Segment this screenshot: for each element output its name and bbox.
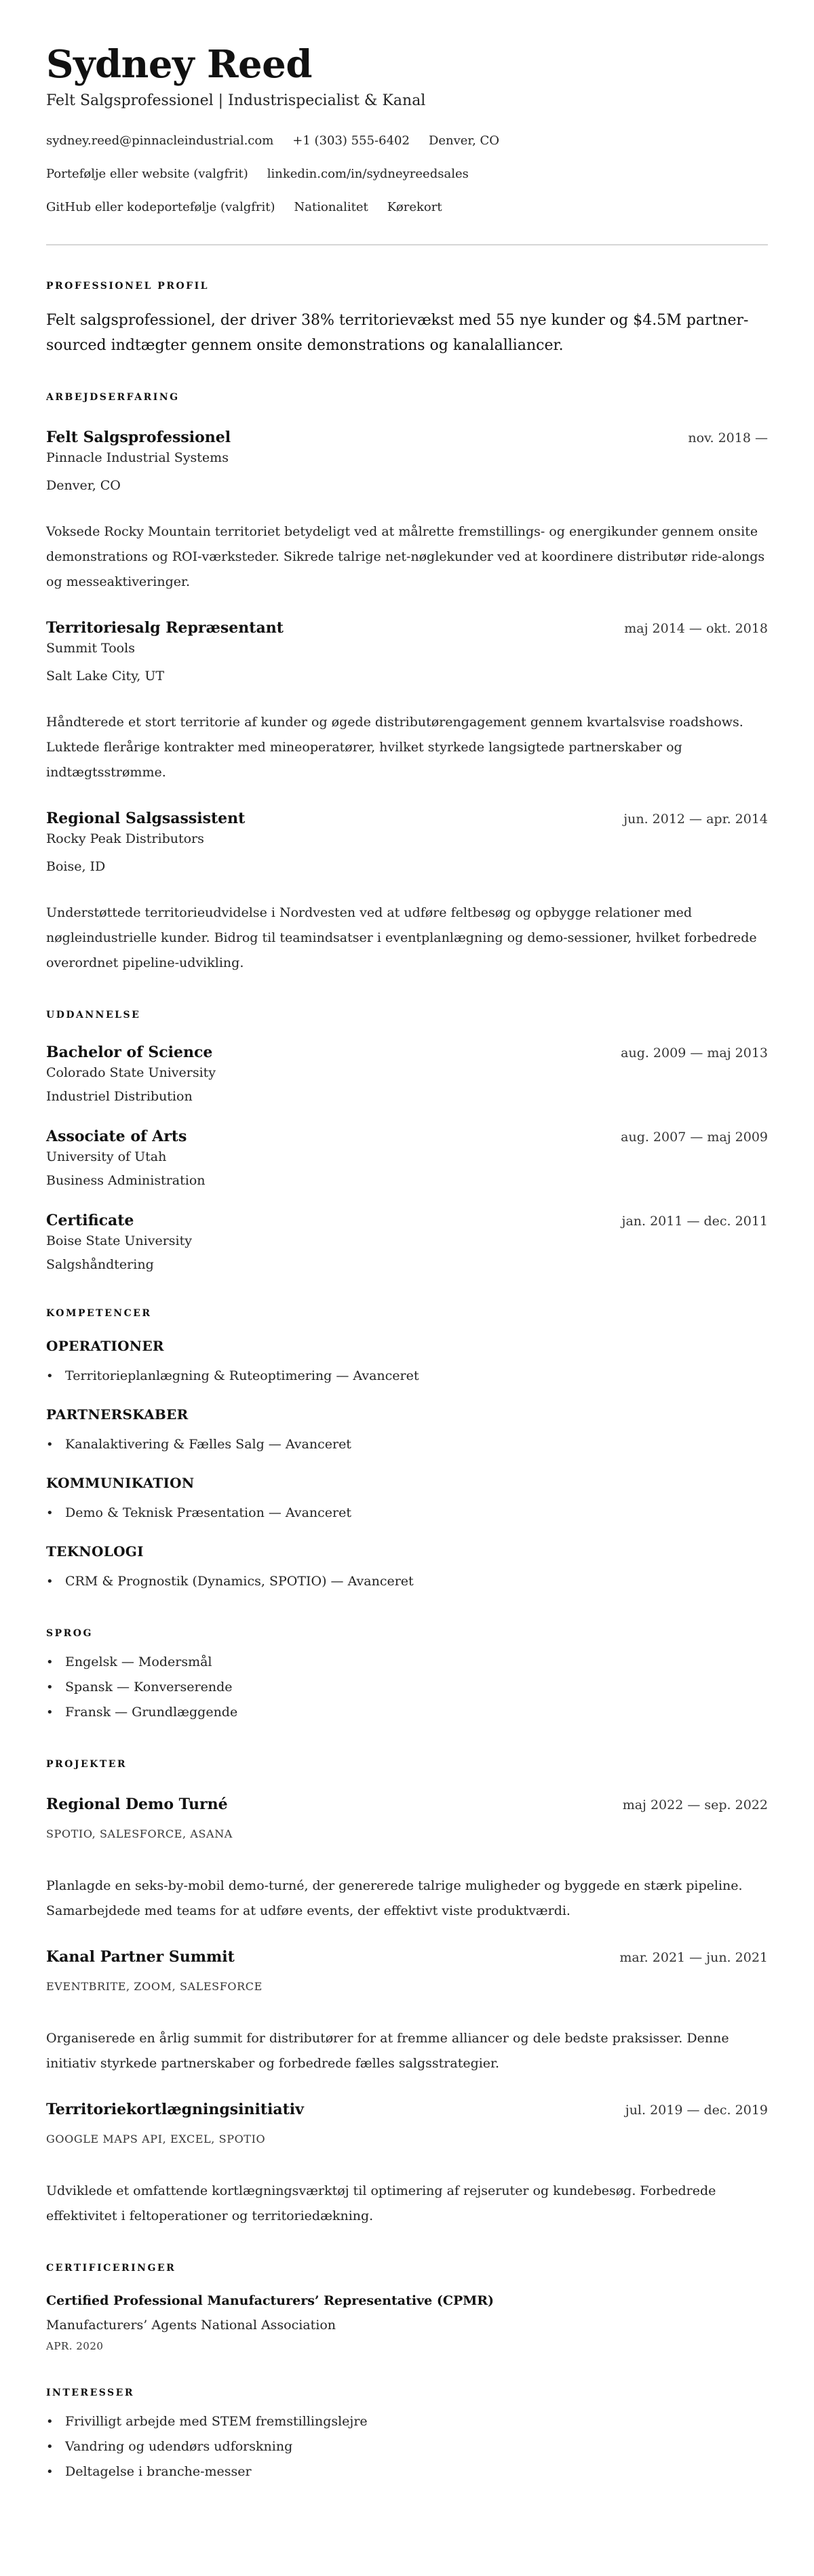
project-title: Territoriekortlægningsinitiativ	[46, 2099, 304, 2120]
skills-section: Kompetencer OPERATIONERTerritorieplanlæg…	[46, 1307, 768, 1594]
skill-group: TEKNOLOGICRM & Prognostik (Dynamics, SPO…	[46, 1542, 768, 1594]
profile-summary: Felt salgsprofessionel, der driver 38% t…	[46, 308, 768, 358]
interests-list: Frivilligt arbejde med STEM fremstilling…	[46, 2409, 768, 2484]
field-of-study: Industriel Distribution	[46, 1087, 768, 1106]
resume-header: Sydney Reed Felt Salgsprofessionel | Ind…	[46, 41, 768, 216]
project-description: Planlagde en seks-by-mobil demo-turné, d…	[46, 1874, 768, 1924]
project-tech-stack: SPOTIO, SALESFORCE, ASANA	[46, 1826, 768, 1842]
section-title: Certificeringer	[46, 2261, 768, 2275]
resume-page: Sydney Reed Felt Salgsprofessionel | Ind…	[0, 0, 814, 2512]
project-description: Organiserede en årlig summit for distrib…	[46, 2026, 768, 2076]
education-dates: jan. 2011 — dec. 2011	[622, 1211, 768, 1231]
interest-item: Deltagelse i branche-messer	[46, 2459, 768, 2484]
section-title: Kompetencer	[46, 1307, 768, 1320]
section-title: Arbejdserfaring	[46, 391, 768, 404]
job-location: Denver, CO	[46, 476, 768, 495]
education-entry: Bachelor of Scienceaug. 2009 — maj 2013C…	[46, 1042, 768, 1106]
skill-item: Kanalaktivering & Fælles Salg — Avancere…	[46, 1432, 768, 1457]
school-name: University of Utah	[46, 1147, 768, 1166]
languages-list: Engelsk — ModersmålSpansk — Konverserend…	[46, 1650, 768, 1725]
field-of-study: Salgshåndtering	[46, 1255, 768, 1274]
location: Denver, CO	[429, 133, 499, 149]
job-description: Håndterede et stort territorie af kunder…	[46, 710, 768, 785]
language-item: Engelsk — Modersmål	[46, 1650, 768, 1675]
entry-header: Kanal Partner Summitmar. 2021 — jun. 202…	[46, 1947, 768, 1968]
job-dates: nov. 2018 —	[688, 428, 768, 448]
degree-title: Bachelor of Science	[46, 1042, 212, 1063]
project-entry: Kanal Partner Summitmar. 2021 — jun. 202…	[46, 1947, 768, 2076]
candidate-name: Sydney Reed	[46, 41, 768, 88]
project-tech-stack: EVENTBRITE, ZOOM, SALESFORCE	[46, 1979, 768, 1995]
project-description: Udviklede et omfattende kortlægningsværk…	[46, 2179, 768, 2229]
entry-header: Felt Salgsprofessionelnov. 2018 —	[46, 427, 768, 448]
education-list: Bachelor of Scienceaug. 2009 — maj 2013C…	[46, 1042, 768, 1274]
experience-list: Felt Salgsprofessionelnov. 2018 —Pinnacl…	[46, 427, 768, 976]
project-dates: maj 2022 — sep. 2022	[623, 1795, 768, 1815]
entry-header: Territoriekortlægningsinitiativjul. 2019…	[46, 2099, 768, 2120]
contact-row: GitHub eller kodeportefølje (valgfrit) N…	[46, 199, 768, 216]
project-entry: Territoriekortlægningsinitiativjul. 2019…	[46, 2099, 768, 2229]
entry-header: Associate of Artsaug. 2007 — maj 2009	[46, 1126, 768, 1147]
project-title: Regional Demo Turné	[46, 1794, 228, 1815]
section-title: Sprog	[46, 1627, 768, 1640]
email-link[interactable]: sydney.reed@pinnacleindustrial.com	[46, 133, 273, 149]
interest-item: Vandring og udendørs udforskning	[46, 2434, 768, 2459]
skills-list: OPERATIONERTerritorieplanlægning & Ruteo…	[46, 1336, 768, 1594]
interest-item: Frivilligt arbejde med STEM fremstilling…	[46, 2409, 768, 2434]
degree-title: Associate of Arts	[46, 1126, 187, 1147]
contact-info: sydney.reed@pinnacleindustrial.com +1 (3…	[46, 133, 768, 216]
skill-category: PARTNERSKABER	[46, 1405, 768, 1424]
github-link[interactable]: GitHub eller kodeportefølje (valgfrit)	[46, 199, 275, 216]
entry-header: Regional Salgsassistentjun. 2012 — apr. …	[46, 808, 768, 829]
skill-group: KOMMUNIKATIONDemo & Teknisk Præsentation…	[46, 1473, 768, 1526]
contact-row: Portefølje eller website (valgfrit) link…	[46, 166, 768, 182]
project-tech-stack: GOOGLE MAPS API, EXCEL, SPOTIO	[46, 2131, 768, 2147]
section-title: Interesser	[46, 2386, 768, 2400]
phone-number[interactable]: +1 (303) 555-6402	[292, 133, 410, 149]
certification-issuer: Manufacturers’ Agents National Associati…	[46, 2316, 768, 2335]
project-dates: mar. 2021 — jun. 2021	[619, 1947, 768, 1968]
candidate-headline: Felt Salgsprofessionel | Industrispecial…	[46, 90, 768, 113]
job-title: Territoriesalg Repræsentant	[46, 618, 284, 638]
interests-section: Interesser Frivilligt arbejde med STEM f…	[46, 2386, 768, 2484]
experience-entry: Felt Salgsprofessionelnov. 2018 —Pinnacl…	[46, 427, 768, 595]
section-title: Uddannelse	[46, 1008, 768, 1022]
job-dates: jun. 2012 — apr. 2014	[623, 809, 768, 829]
job-location: Salt Lake City, UT	[46, 667, 768, 686]
entry-header: Bachelor of Scienceaug. 2009 — maj 2013	[46, 1042, 768, 1063]
education-dates: aug. 2009 — maj 2013	[621, 1043, 768, 1063]
skill-group: OPERATIONERTerritorieplanlægning & Ruteo…	[46, 1336, 768, 1389]
project-dates: jul. 2019 — dec. 2019	[625, 2100, 768, 2120]
company-name: Pinnacle Industrial Systems	[46, 448, 768, 467]
skill-item: Demo & Teknisk Præsentation — Avanceret	[46, 1501, 768, 1526]
certification-date: APR. 2020	[46, 2339, 768, 2354]
entry-header: Territoriesalg Repræsentantmaj 2014 — ok…	[46, 618, 768, 639]
entry-header: Certificatejan. 2011 — dec. 2011	[46, 1210, 768, 1231]
skill-items: Demo & Teknisk Præsentation — Avanceret	[46, 1501, 768, 1526]
job-location: Boise, ID	[46, 857, 768, 876]
profile-section: Professionel profil Felt salgsprofession…	[46, 279, 768, 358]
experience-section: Arbejdserfaring Felt Salgsprofessionelno…	[46, 391, 768, 976]
header-divider	[46, 244, 768, 245]
experience-entry: Regional Salgsassistentjun. 2012 — apr. …	[46, 808, 768, 976]
job-description: Voksede Rocky Mountain territoriet betyd…	[46, 519, 768, 595]
entry-header: Regional Demo Turnémaj 2022 — sep. 2022	[46, 1794, 768, 1815]
projects-list: Regional Demo Turnémaj 2022 — sep. 2022S…	[46, 1794, 768, 2229]
skill-category: TEKNOLOGI	[46, 1542, 768, 1561]
experience-entry: Territoriesalg Repræsentantmaj 2014 — ok…	[46, 618, 768, 785]
school-name: Boise State University	[46, 1231, 768, 1250]
education-section: Uddannelse Bachelor of Scienceaug. 2009 …	[46, 1008, 768, 1274]
skill-items: Territorieplanlægning & Ruteoptimering —…	[46, 1364, 768, 1389]
education-entry: Certificatejan. 2011 — dec. 2011Boise St…	[46, 1210, 768, 1274]
project-title: Kanal Partner Summit	[46, 1947, 235, 1967]
education-entry: Associate of Artsaug. 2007 — maj 2009Uni…	[46, 1126, 768, 1190]
degree-title: Certificate	[46, 1210, 134, 1231]
contact-row: sydney.reed@pinnacleindustrial.com +1 (3…	[46, 133, 768, 149]
skill-item: Territorieplanlægning & Ruteoptimering —…	[46, 1364, 768, 1389]
portfolio-link[interactable]: Portefølje eller website (valgfrit)	[46, 166, 248, 182]
school-name: Colorado State University	[46, 1063, 768, 1082]
certification-entry: Certified Professional Manufacturers’ Re…	[46, 2291, 768, 2354]
language-item: Spansk — Konverserende	[46, 1675, 768, 1700]
projects-section: Projekter Regional Demo Turnémaj 2022 — …	[46, 1758, 768, 2229]
skill-group: PARTNERSKABERKanalaktivering & Fælles Sa…	[46, 1405, 768, 1457]
job-dates: maj 2014 — okt. 2018	[624, 618, 768, 639]
job-title: Regional Salgsassistent	[46, 808, 245, 829]
linkedin-link[interactable]: linkedin.com/in/sydneyreedsales	[267, 166, 469, 182]
drivers-license: Kørekort	[387, 199, 442, 216]
company-name: Rocky Peak Distributors	[46, 829, 768, 848]
languages-section: Sprog Engelsk — ModersmålSpansk — Konver…	[46, 1627, 768, 1725]
certifications-list: Certified Professional Manufacturers’ Re…	[46, 2291, 768, 2354]
job-title: Felt Salgsprofessionel	[46, 427, 231, 448]
skill-category: KOMMUNIKATION	[46, 1473, 768, 1492]
skill-items: Kanalaktivering & Fælles Salg — Avancere…	[46, 1432, 768, 1457]
field-of-study: Business Administration	[46, 1171, 768, 1190]
skill-category: OPERATIONER	[46, 1336, 768, 1355]
skill-item: CRM & Prognostik (Dynamics, SPOTIO) — Av…	[46, 1569, 768, 1594]
section-title: Projekter	[46, 1758, 768, 1771]
education-dates: aug. 2007 — maj 2009	[621, 1127, 768, 1147]
certifications-section: Certificeringer Certified Professional M…	[46, 2261, 768, 2354]
certification-name: Certified Professional Manufacturers’ Re…	[46, 2291, 768, 2310]
project-entry: Regional Demo Turnémaj 2022 — sep. 2022S…	[46, 1794, 768, 1924]
section-title: Professionel profil	[46, 279, 768, 293]
company-name: Summit Tools	[46, 639, 768, 658]
job-description: Understøttede territorieudvidelse i Nord…	[46, 900, 768, 976]
skill-items: CRM & Prognostik (Dynamics, SPOTIO) — Av…	[46, 1569, 768, 1594]
language-item: Fransk — Grundlæggende	[46, 1700, 768, 1725]
nationality: Nationalitet	[294, 199, 368, 216]
